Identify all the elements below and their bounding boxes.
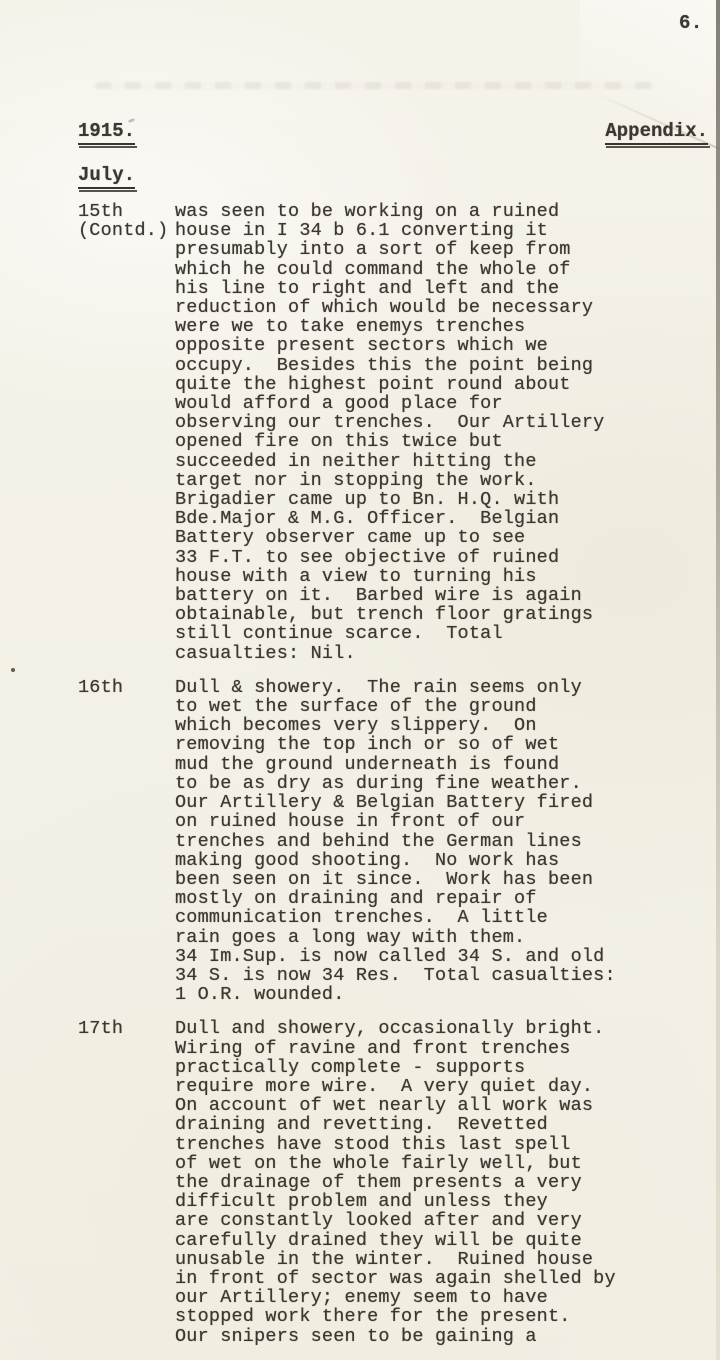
month-heading-text: July. [78,164,135,189]
page-number: 6. [679,12,703,34]
ink-speck [11,668,15,672]
appendix-heading: Appendix. [605,120,708,145]
entry-text: Dull and showery, occasionally bright. W… [175,1019,688,1345]
entry-date-label: 17th [78,1019,175,1038]
diary-entries: 15th (Contd.) was seen to be working on … [78,202,688,1360]
entry-text: was seen to be working on a ruined house… [175,202,688,663]
entry-date-label: 16th [78,678,175,697]
scan-edge [716,0,720,1360]
page-header: 1915. Appendix. [78,120,708,145]
entry-date-label: 15th (Contd.) [78,202,175,240]
diary-entry: 16th Dull & showery. The rain seems only… [78,678,688,1004]
diary-entry: 17th Dull and showery, occasionally brig… [78,1019,688,1345]
document-page: 6. 1915. Appendix. July. 15th (Contd.) w… [0,0,720,1360]
year-heading: 1915. [78,120,135,145]
ink-smudge [95,82,655,89]
diary-entry: 15th (Contd.) was seen to be working on … [78,202,688,663]
entry-text: Dull & showery. The rain seems only to w… [175,678,688,1004]
month-heading: July. [78,164,135,189]
